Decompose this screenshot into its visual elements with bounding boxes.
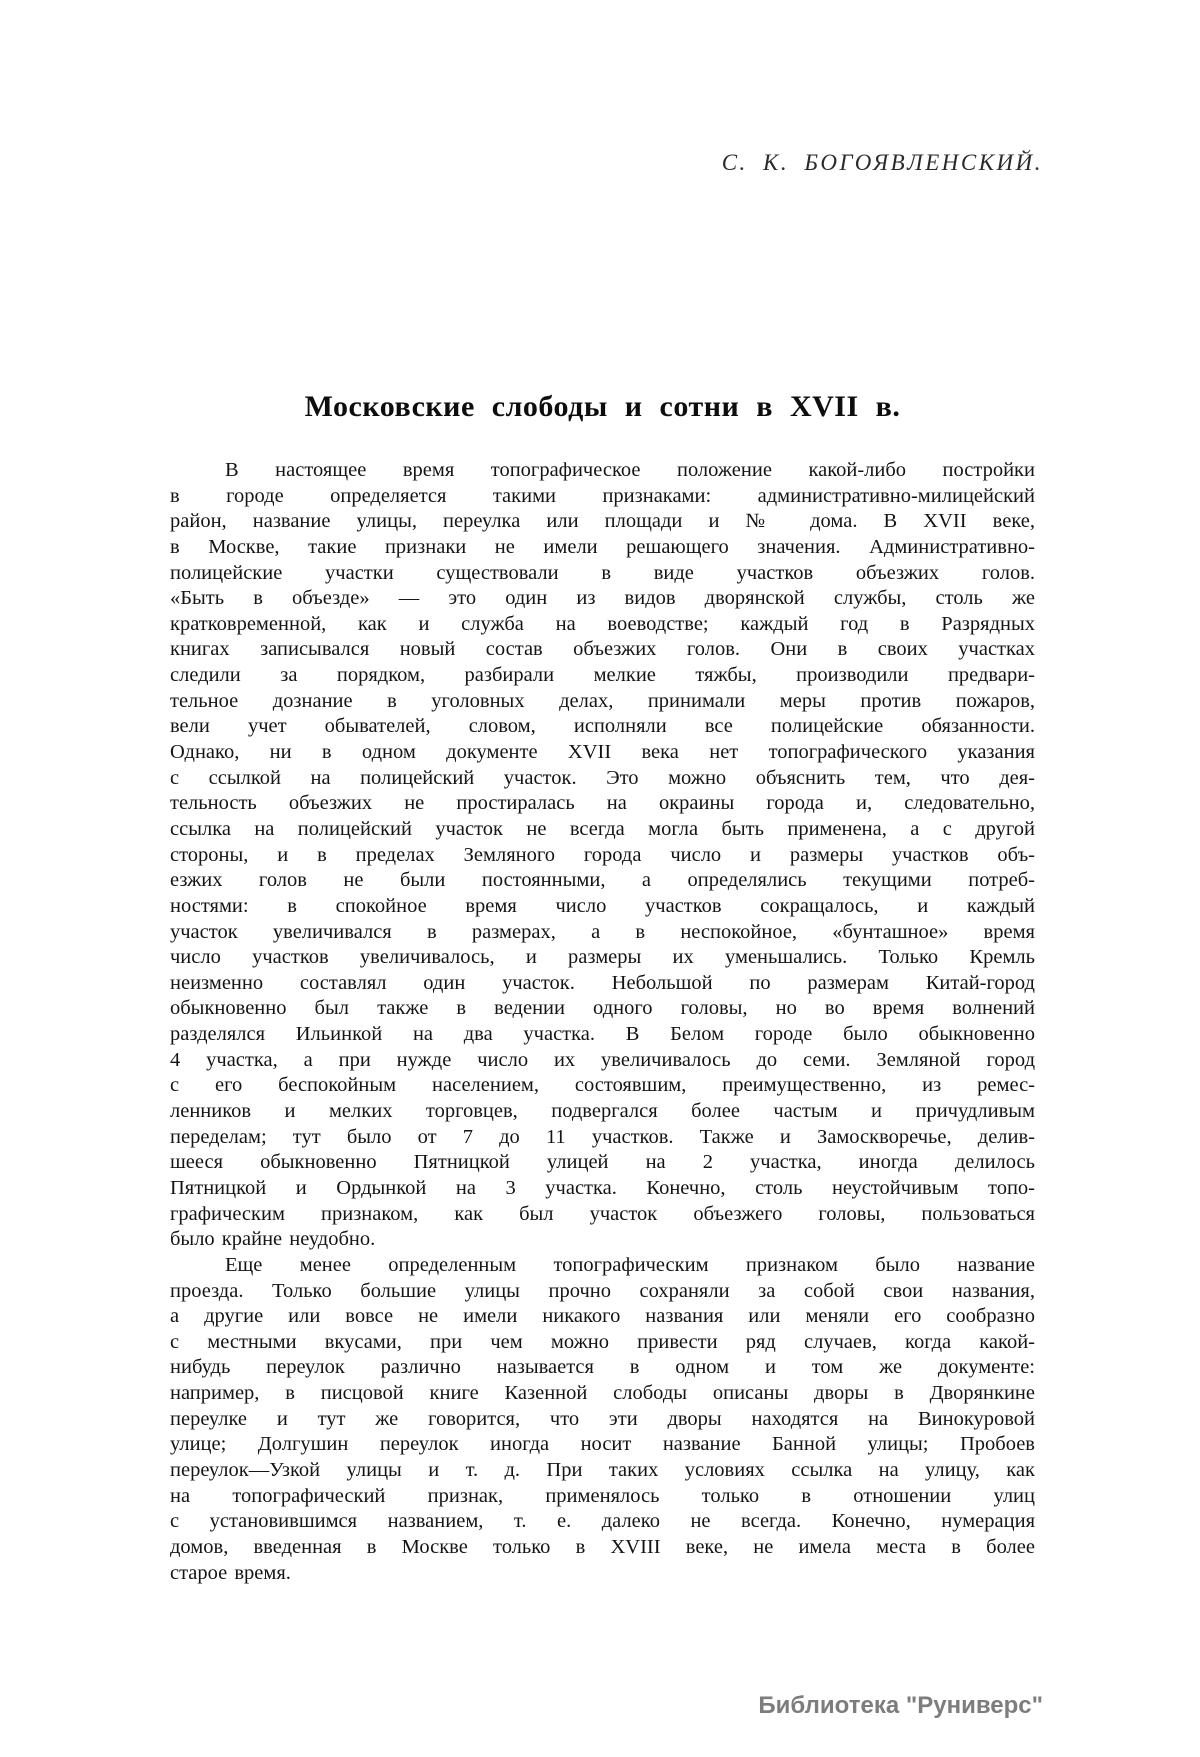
text-line: в городе определяется такими признаками:… xyxy=(170,484,1035,510)
text-line: 4 участка, а при нужде число их увеличив… xyxy=(170,1048,1035,1074)
text-line: нибудь переулок различно называется в од… xyxy=(170,1355,1035,1381)
text-line: графическим признаком, как был участок о… xyxy=(170,1202,1035,1228)
text-line: «Быть в объезде» — это один из видов дво… xyxy=(170,586,1035,612)
library-watermark: Библиотека "Руниверс" xyxy=(758,1692,1043,1720)
author-byline: С. К. БОГОЯВЛЕНСКИЙ. xyxy=(722,150,1043,176)
text-line: на топографический признак, применялось … xyxy=(170,1484,1035,1510)
text-line: участок увеличивался в размерах, а в нес… xyxy=(170,920,1035,946)
text-line: следили за порядком, разбирали мелкие тя… xyxy=(170,663,1035,689)
text-line: стороны, и в пределах Земляного города ч… xyxy=(170,843,1035,869)
text-line: проезда. Только большие улицы прочно сох… xyxy=(170,1279,1035,1305)
text-line: в Москве, такие признаки не имели решающ… xyxy=(170,535,1035,561)
paragraph: Еще менее определенным топографическим п… xyxy=(170,1253,1035,1586)
text-line: ленников и мелких торговцев, подвергался… xyxy=(170,1099,1035,1125)
text-line: а другие или вовсе не имели никакого наз… xyxy=(170,1304,1035,1330)
text-line: с его беспокойным населением, состоявшим… xyxy=(170,1073,1035,1099)
text-line: улице; Долгушин переулок иногда носит на… xyxy=(170,1432,1035,1458)
text-line: разделялся Ильинкой на два участка. В Бе… xyxy=(170,1022,1035,1048)
text-line: книгах записывался новый состав объезжих… xyxy=(170,637,1035,663)
text-line: с установившимся названием, т. е. далеко… xyxy=(170,1509,1035,1535)
scanned-book-page: С. К. БОГОЯВЛЕНСКИЙ. Московские слободы … xyxy=(0,0,1200,1757)
text-line: Однако, ни в одном документе XVII века н… xyxy=(170,740,1035,766)
text-line: домов, введенная в Москве только в XVIII… xyxy=(170,1535,1035,1561)
text-line: полицейские участки существовали в виде … xyxy=(170,561,1035,587)
text-line: ссылка на полицейский участок не всегда … xyxy=(170,817,1035,843)
article-title: Московские слободы и сотни в XVII в. xyxy=(170,390,1035,424)
text-line: переулок—Узкой улицы и т. д. При таких у… xyxy=(170,1458,1035,1484)
text-line: Пятницкой и Ордынкой на 3 участка. Конеч… xyxy=(170,1176,1035,1202)
text-line: район, название улицы, переулка или площ… xyxy=(170,509,1035,535)
text-line: переулке и тут же говорится, что эти дво… xyxy=(170,1407,1035,1433)
text-line: например, в писцовой книге Казенной слоб… xyxy=(170,1381,1035,1407)
text-line: переделам; тут было от 7 до 11 участков.… xyxy=(170,1125,1035,1151)
text-line: неизменно составлял один участок. Неболь… xyxy=(170,971,1035,997)
text-line: обыкновенно был также в ведении одного г… xyxy=(170,996,1035,1022)
text-line: езжих голов не были постоянными, а опред… xyxy=(170,868,1035,894)
text-line: вели учет обывателей, словом, исполняли … xyxy=(170,714,1035,740)
text-line: с ссылкой на полицейский участок. Это мо… xyxy=(170,766,1035,792)
text-line: тельное дознание в уголовных делах, прин… xyxy=(170,689,1035,715)
text-line: с местными вкусами, при чем можно привес… xyxy=(170,1330,1035,1356)
text-line: В настоящее время топографическое положе… xyxy=(170,458,1035,484)
text-line: ностями: в спокойное время число участко… xyxy=(170,894,1035,920)
text-line: было крайне неудобно. xyxy=(170,1227,1035,1253)
article-body: В настоящее время топографическое положе… xyxy=(170,458,1035,1586)
paragraph: В настоящее время топографическое положе… xyxy=(170,458,1035,1253)
text-line: шееся обыкновенно Пятницкой улицей на 2 … xyxy=(170,1150,1035,1176)
text-line: кратковременной, как и служба на воеводс… xyxy=(170,612,1035,638)
text-line: старое время. xyxy=(170,1561,1035,1587)
text-line: Еще менее определенным топографическим п… xyxy=(170,1253,1035,1279)
text-line: число участков увеличивалось, и размеры … xyxy=(170,945,1035,971)
text-line: тельность объезжих не простиралась на ок… xyxy=(170,791,1035,817)
